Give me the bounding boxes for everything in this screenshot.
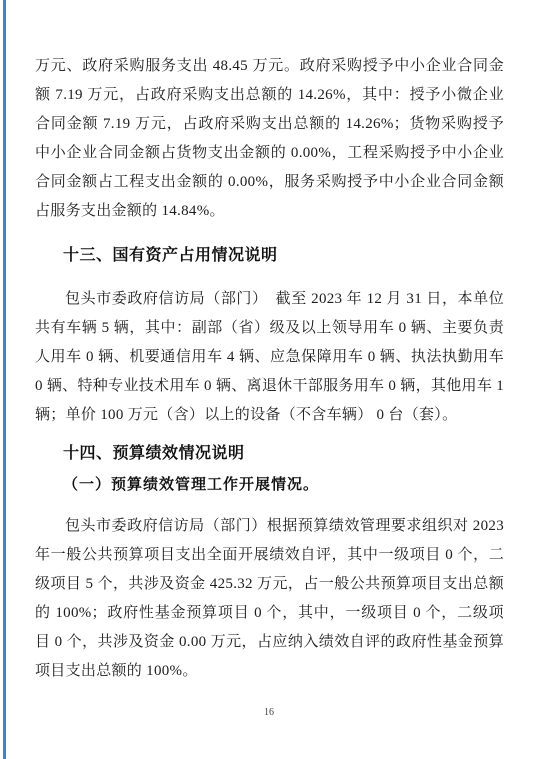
paragraph-performance-self-evaluation: 包头市委政府信访局（部门）根据预算绩效管理要求组织对 2023 年一般公共预算项… xyxy=(35,512,504,686)
page-number: 16 xyxy=(0,706,538,720)
document-page: 万元、政府采购服务支出 48.45 万元。政府采购授予中小企业合同金额 7.19… xyxy=(0,0,538,759)
page-left-edge-line xyxy=(3,0,6,759)
paragraph-government-procurement: 万元、政府采购服务支出 48.45 万元。政府采购授予中小企业合同金额 7.19… xyxy=(35,52,504,226)
paragraph-state-assets-vehicles: 包头市委政府信访局（部门） 截至 2023 年 12 月 31 日，本单位共有车… xyxy=(35,285,504,430)
section-heading-14-budget-performance: 十四、预算绩效情况说明 xyxy=(35,439,504,468)
subsection-heading-14-1-performance-management: （一）预算绩效管理工作开展情况。 xyxy=(35,471,504,500)
section-heading-13-state-assets: 十三、国有资产占用情况说明 xyxy=(35,241,504,270)
page-content: 万元、政府采购服务支出 48.45 万元。政府采购授予中小企业合同金额 7.19… xyxy=(35,52,504,686)
